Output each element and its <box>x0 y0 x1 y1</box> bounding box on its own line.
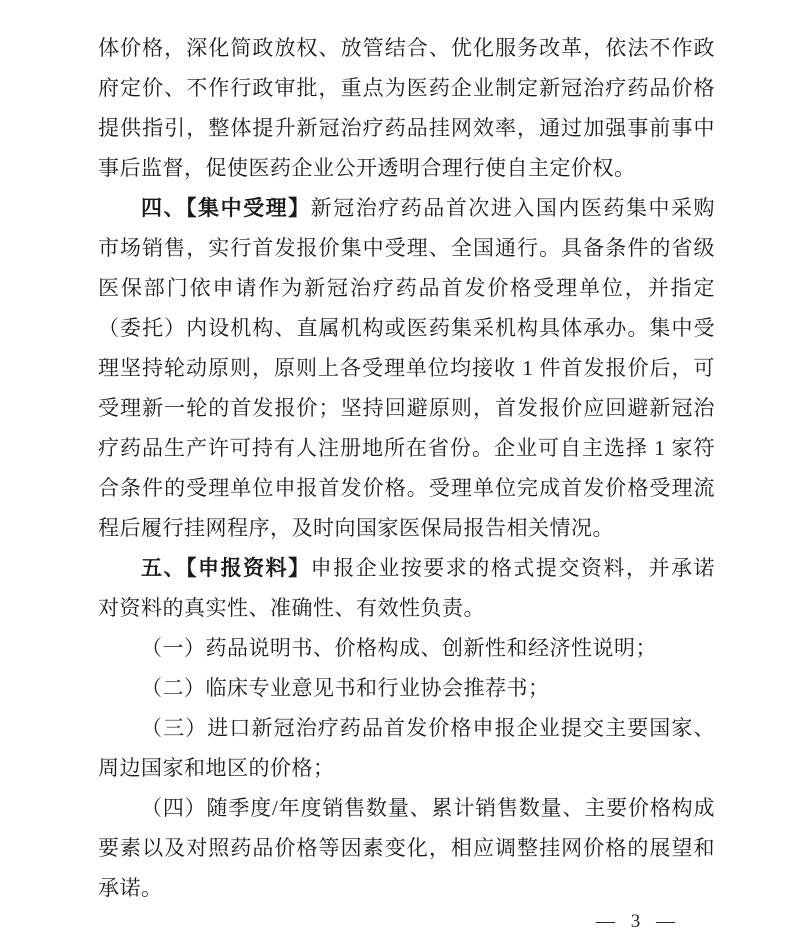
body-text: 疗药品生产许可持有人注册地所在省份。企业可自主选择 1 家符 <box>98 436 715 460</box>
text-line: 五、【申报资料】申报企业按要求的格式提交资料，并承诺 <box>98 548 715 588</box>
text-line: （四）随季度/年度销售数量、累计销售数量、主要价格构成 <box>98 788 715 828</box>
text-line: 周边国家和地区的价格； <box>98 748 715 788</box>
text-line: （一）药品说明书、价格构成、创新性和经济性说明； <box>98 628 715 668</box>
text-line: （委托）内设机构、直属机构或医药集采机构具体承办。集中受 <box>98 308 715 348</box>
body-text: 提供指引，整体提升新冠治疗药品挂网效率，通过加强事前事中 <box>98 116 715 140</box>
body-text: 程后履行挂网程序，及时向国家医保局报告相关情况。 <box>98 516 614 540</box>
document-page: 体价格，深化简政放权、放管结合、优化服务改革，依法不作政府定价、不作行政审批，重… <box>0 0 800 951</box>
text-line: 受理新一轮的首发报价；坚持回避原则，首发报价应回避新冠治 <box>98 388 715 428</box>
emphasis-heading-text: 五、【申报资料】 <box>141 557 311 580</box>
body-text: 要素以及对照药品价格等因素变化，相应调整挂网价格的展望和 <box>98 836 715 860</box>
body-text: 承诺。 <box>98 876 163 900</box>
text-line: 市场销售，实行首发报价集中受理、全国通行。具备条件的省级 <box>98 228 715 268</box>
text-block: 体价格，深化简政放权、放管结合、优化服务改革，依法不作政府定价、不作行政审批，重… <box>98 28 715 908</box>
text-line: 提供指引，整体提升新冠治疗药品挂网效率，通过加强事前事中 <box>98 108 715 148</box>
body-text: 市场销售，实行首发报价集中受理、全国通行。具备条件的省级 <box>98 236 715 260</box>
body-text: （四）随季度/年度销售数量、累计销售数量、主要价格构成 <box>141 796 715 820</box>
body-text: （一）药品说明书、价格构成、创新性和经济性说明； <box>141 636 657 660</box>
text-line: 医保部门依申请作为新冠治疗药品首发价格受理单位，并指定 <box>98 268 715 308</box>
text-line: 要素以及对照药品价格等因素变化，相应调整挂网价格的展望和 <box>98 828 715 868</box>
body-text: 体价格，深化简政放权、放管结合、优化服务改革，依法不作政 <box>98 36 715 60</box>
text-line: 体价格，深化简政放权、放管结合、优化服务改革，依法不作政 <box>98 28 715 68</box>
text-line: 理坚持轮动原则，原则上各受理单位均接收 1 件首发报价后，可 <box>98 348 715 388</box>
body-text: （三）进口新冠治疗药品首发价格申报企业提交主要国家、 <box>141 716 715 740</box>
text-line: 疗药品生产许可持有人注册地所在省份。企业可自主选择 1 家符 <box>98 428 715 468</box>
body-text: 周边国家和地区的价格； <box>98 756 335 780</box>
body-text: （二）临床专业意见书和行业协会推荐书； <box>141 676 550 700</box>
body-text: （委托）内设机构、直属机构或医药集采机构具体承办。集中受 <box>98 316 715 340</box>
text-line: 事后监督，促使医药企业公开透明合理行使自主定价权。 <box>98 148 715 188</box>
text-line: （二）临床专业意见书和行业协会推荐书； <box>98 668 715 708</box>
body-text: 合条件的受理单位申报首发价格。受理单位完成首发价格受理流 <box>98 476 715 500</box>
text-line: （三）进口新冠治疗药品首发价格申报企业提交主要国家、 <box>98 708 715 748</box>
body-text: 府定价、不作行政审批，重点为医药企业制定新冠治疗药品价格 <box>98 76 715 100</box>
text-line: 四、【集中受理】新冠治疗药品首次进入国内医药集中采购 <box>98 188 715 228</box>
body-text: 医保部门依申请作为新冠治疗药品首发价格受理单位，并指定 <box>98 276 715 300</box>
text-line: 程后履行挂网程序，及时向国家医保局报告相关情况。 <box>98 508 715 548</box>
body-text: 事后监督，促使医药企业公开透明合理行使自主定价权。 <box>98 156 636 180</box>
body-text: 新冠治疗药品首次进入国内医药集中采购 <box>311 196 715 220</box>
text-line: 府定价、不作行政审批，重点为医药企业制定新冠治疗药品价格 <box>98 68 715 108</box>
emphasis-heading-text: 四、【集中受理】 <box>141 197 311 220</box>
body-text: 申报企业按要求的格式提交资料，并承诺 <box>311 556 715 580</box>
text-line: 合条件的受理单位申报首发价格。受理单位完成首发价格受理流 <box>98 468 715 508</box>
text-line: 承诺。 <box>98 868 715 908</box>
body-text: 理坚持轮动原则，原则上各受理单位均接收 1 件首发报价后，可 <box>98 356 715 380</box>
text-line: 对资料的真实性、准确性、有效性负责。 <box>98 588 715 628</box>
page-number: — 3 — <box>596 907 676 937</box>
body-text: 受理新一轮的首发报价；坚持回避原则，首发报价应回避新冠治 <box>98 396 715 420</box>
body-text: 对资料的真实性、准确性、有效性负责。 <box>98 596 485 620</box>
